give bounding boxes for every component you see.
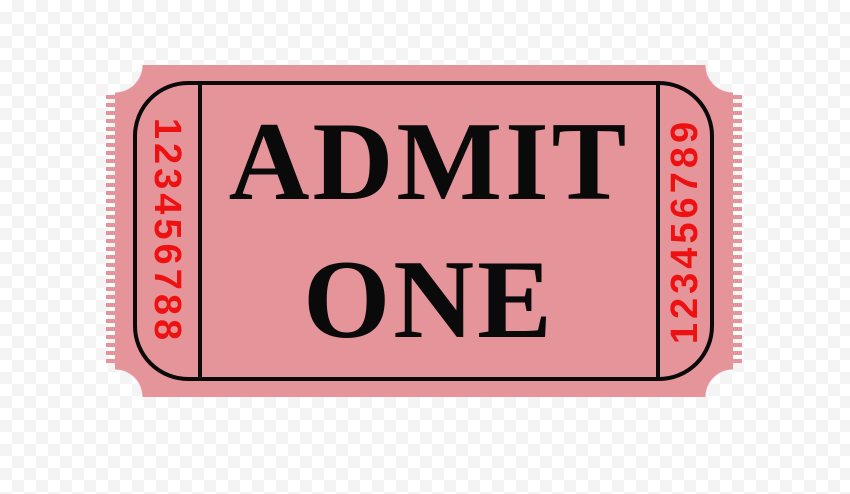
- right-perforation: [733, 95, 742, 367]
- inner-border: 123456788 ADMIT ONE 123456789: [133, 81, 714, 381]
- left-perforation: [106, 95, 115, 367]
- ticket-body: 123456788 ADMIT ONE 123456789: [115, 65, 733, 397]
- one-text: ONE: [303, 244, 555, 356]
- left-serial-number: 123456788: [149, 118, 187, 344]
- admit-text: ADMIT: [229, 106, 630, 218]
- right-stub: 123456789: [660, 85, 710, 377]
- right-serial-number: 123456789: [666, 118, 704, 344]
- left-stub: 123456788: [137, 85, 198, 377]
- ticket-center-panel: ADMIT ONE: [202, 85, 656, 377]
- transparency-checkerboard: 123456788 ADMIT ONE 123456789: [0, 0, 850, 494]
